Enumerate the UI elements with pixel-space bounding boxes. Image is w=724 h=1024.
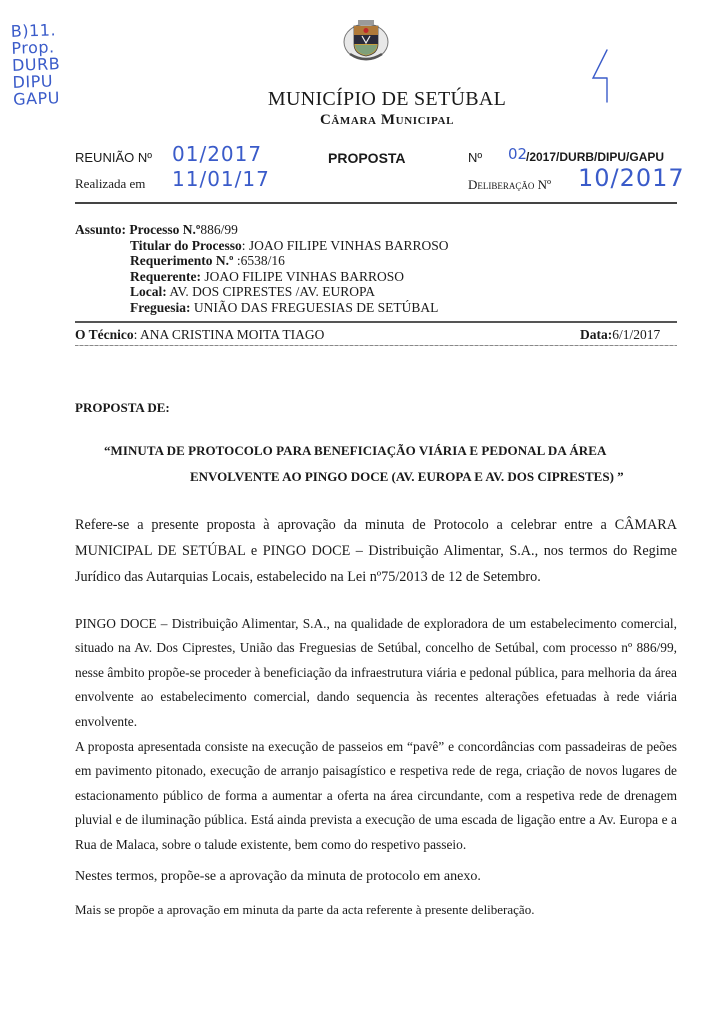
- subject-divider: [75, 321, 677, 323]
- paragraph-context: PINGO DOCE – Distribuição Alimentar, S.A…: [75, 612, 677, 734]
- date-value: 6/1/2017: [612, 327, 660, 342]
- proposal-heading: PROPOSTA DE:: [75, 400, 170, 416]
- header-divider: [75, 202, 677, 204]
- process-number-value: 886/99: [200, 222, 238, 237]
- municipality-title: MUNICÍPIO DE SETÚBAL: [0, 88, 724, 111]
- subject-heading: Assunto: Processo N.º886/99: [75, 222, 238, 238]
- technician-divider: [75, 345, 677, 346]
- subject-line-local: Local: AV. DOS CIPRESTES /AV. EUROPA: [130, 284, 449, 300]
- held-on-label: Realizada em: [75, 176, 145, 192]
- subject-line-freguesia: Freguesia: UNIÃO DAS FREGUESIAS DE SETÚB…: [130, 300, 449, 316]
- proposal-number-handwritten: 02: [508, 145, 527, 163]
- council-subtitle: Câmara Municipal: [0, 112, 724, 129]
- subject-details: Titular do Processo: JOAO FILIPE VINHAS …: [130, 238, 449, 316]
- technician-line: O Técnico: ANA CRISTINA MOITA TIAGO: [75, 327, 324, 343]
- deliberation-value: 10/2017: [578, 164, 685, 192]
- paragraph-intro: Refere-se a presente proposta à aprovaçã…: [75, 512, 677, 590]
- proposal-title-line-1: “MINUTA DE PROTOCOLO PARA BENEFICIAÇÃO V…: [104, 443, 606, 459]
- technician-label: O Técnico: [75, 327, 134, 342]
- date-line: Data:6/1/2017: [580, 327, 660, 343]
- proposal-label: PROPOSTA: [328, 150, 406, 166]
- proposal-number-label: Nº: [468, 150, 482, 165]
- subject-line-requerimento: Requerimento N.º :6538/16: [130, 253, 449, 269]
- proposal-title-line-2: ENVOLVENTE AO PINGO DOCE (AV. EUROPA E A…: [190, 469, 624, 485]
- meeting-number-value: 01/2017: [172, 142, 262, 166]
- paragraph-conclusion: Nestes termos, propõe-se a aprovação da …: [75, 864, 677, 890]
- subject-label: Assunto:: [75, 222, 126, 237]
- paragraph-scope: A proposta apresentada consiste na execu…: [75, 735, 677, 857]
- subject-line-requerente: Requerente: JOAO FILIPE VINHAS BARROSO: [130, 269, 449, 285]
- deliberation-label: Deliberação Nº: [468, 177, 551, 193]
- subject-line-titular: Titular do Processo: JOAO FILIPE VINHAS …: [130, 238, 449, 254]
- date-label: Data:: [580, 327, 612, 342]
- coat-of-arms-logo: [342, 18, 390, 62]
- held-on-value: 11/01/17: [172, 167, 270, 191]
- technician-name: ANA CRISTINA MOITA TIAGO: [140, 327, 324, 342]
- meeting-number-label: REUNIÃO Nº: [75, 150, 152, 165]
- proposal-number-suffix: /2017/DURB/DIPU/GAPU: [526, 150, 664, 164]
- paragraph-minutes-approval: Mais se propõe a aprovação em minuta da …: [75, 897, 677, 923]
- process-number-label: Processo N.º: [129, 222, 200, 237]
